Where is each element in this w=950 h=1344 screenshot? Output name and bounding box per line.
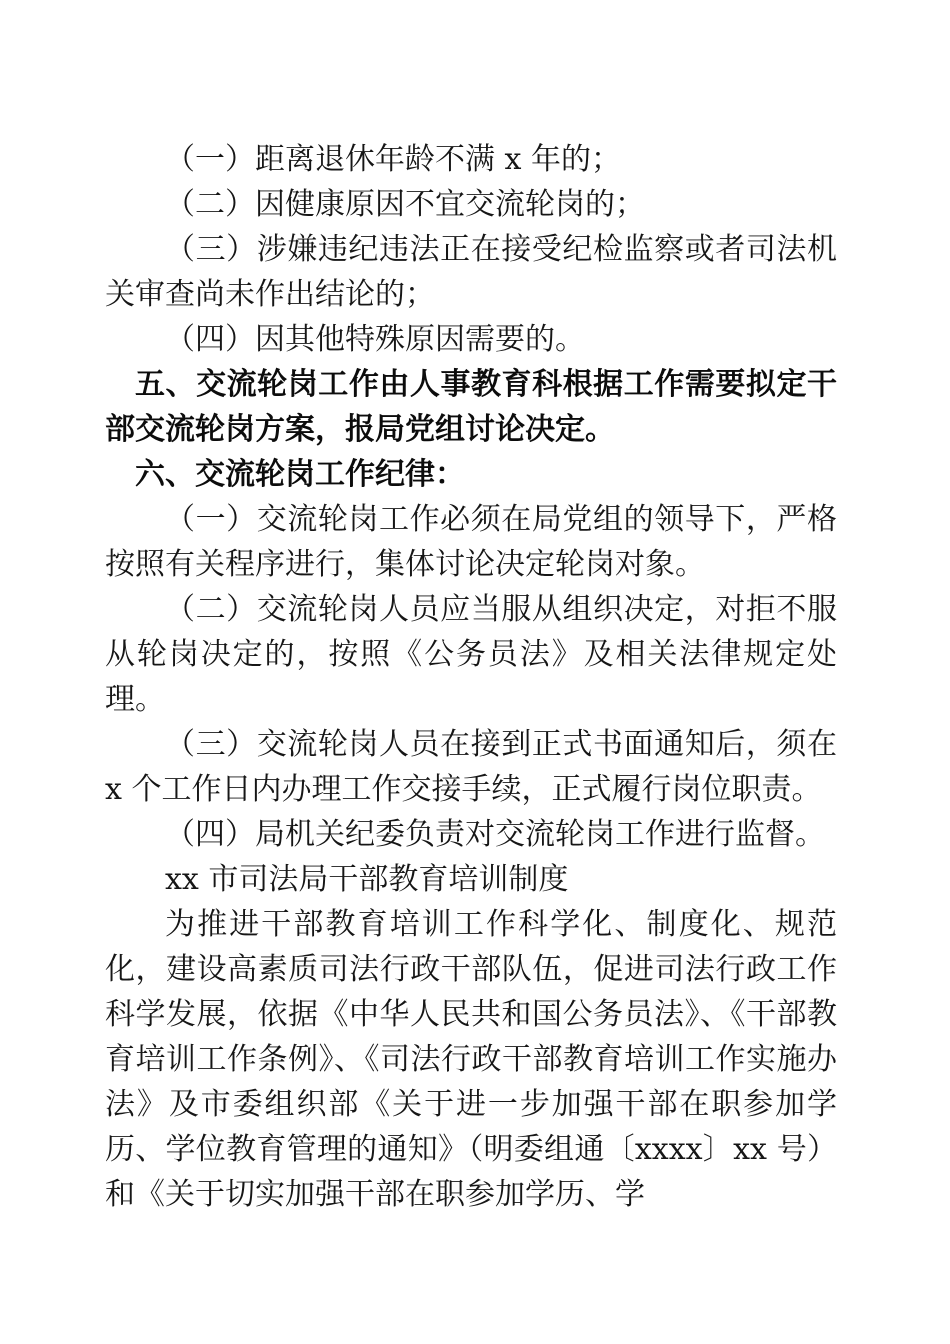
- clause-discipline-investigation: （三）涉嫌违纪违法正在接受纪检监察或者司法机关审查尚未作出结论的；: [105, 227, 837, 317]
- clause-health-reason: （二）因健康原因不宜交流轮岗的；: [105, 182, 837, 227]
- discipline-item-2: （二）交流轮岗人员应当服从组织决定，对拒不服从轮岗决定的，按照《公务员法》及相关…: [105, 587, 837, 722]
- clause-retirement-age: （一）距离退休年龄不满 x 年的；: [105, 137, 837, 182]
- section-6-heading: 六、交流轮岗工作纪律：: [105, 452, 837, 497]
- discipline-item-1: （一）交流轮岗工作必须在局党组的领导下，严格按照有关程序进行，集体讨论决定轮岗对…: [105, 497, 837, 587]
- discipline-item-4: （四）局机关纪委负责对交流轮岗工作进行监督。: [105, 812, 837, 857]
- section-5-heading: 五、交流轮岗工作由人事教育科根据工作需要拟定干部交流轮岗方案，报局党组讨论决定。: [105, 362, 837, 452]
- document-page: （一）距离退休年龄不满 x 年的； （二）因健康原因不宜交流轮岗的； （三）涉嫌…: [0, 0, 950, 1344]
- discipline-item-3: （三）交流轮岗人员在接到正式书面通知后，须在 x 个工作日内办理工作交接手续，正…: [105, 722, 837, 812]
- clause-other-special-reason: （四）因其他特殊原因需要的。: [105, 317, 837, 362]
- training-system-intro: 为推进干部教育培训工作科学化、制度化、规范化，建设高素质司法行政干部队伍，促进司…: [105, 902, 837, 1217]
- training-system-title: xx 市司法局干部教育培训制度: [105, 857, 837, 902]
